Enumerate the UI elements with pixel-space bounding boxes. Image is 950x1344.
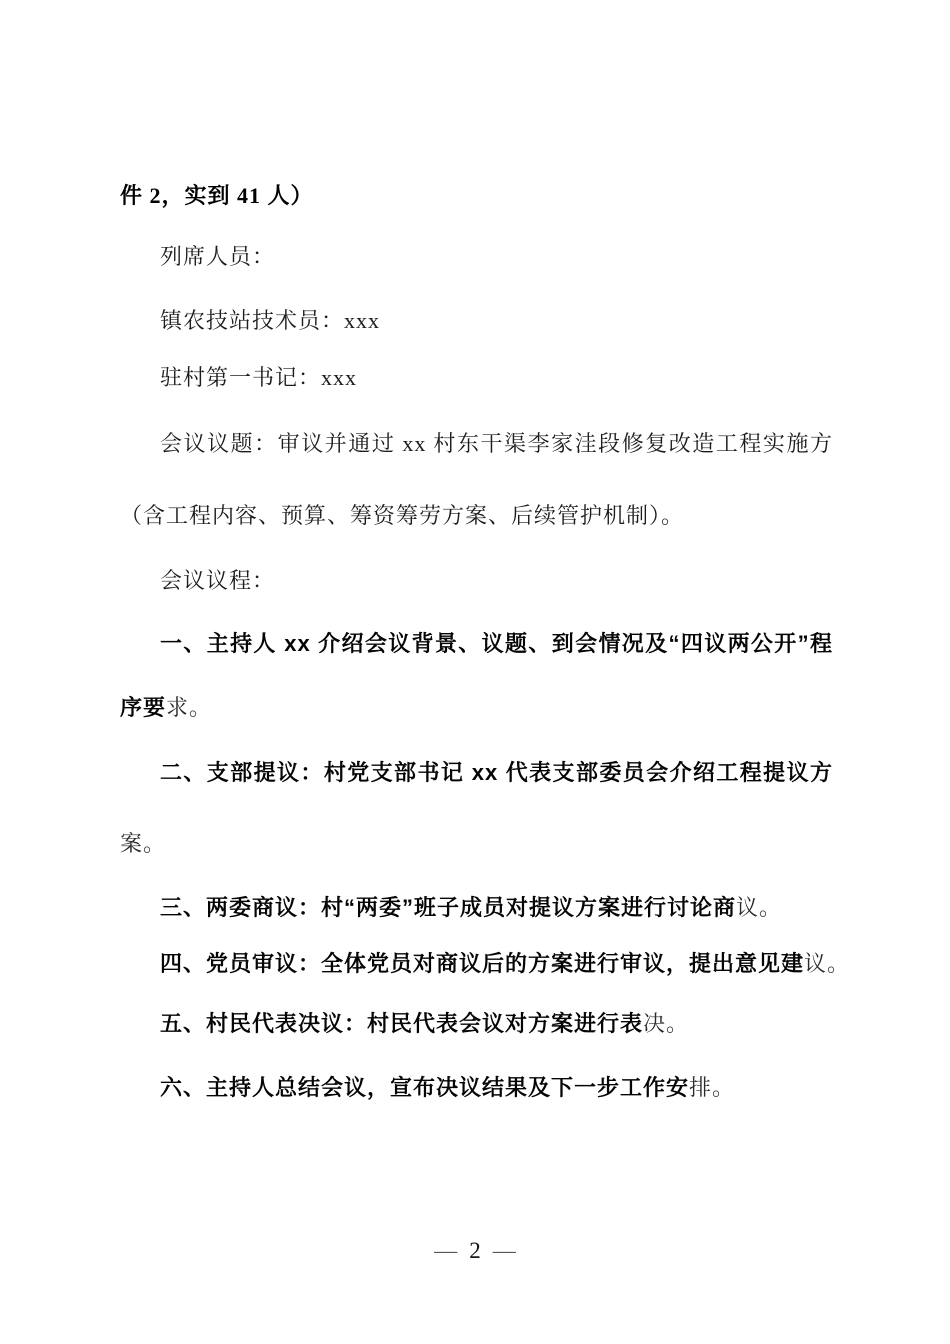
item-6-bold: 六、主持人总结会议，宣布决议结果及下一步工作安 bbox=[160, 1075, 689, 1100]
line-observers-label: 列席人员： bbox=[120, 242, 833, 274]
item-3-tail: 议。 bbox=[736, 895, 782, 920]
line-agenda-item-3: 三、两委商议：村“两委”班子成员对提议方案进行讨论商议。 bbox=[120, 893, 833, 925]
line-agenda-item-1: 一、主持人 xx 介绍会议背景、议题、到会情况及“四议两公开”程 bbox=[120, 629, 833, 661]
line-meeting-topic-continuation: （含工程内容、预算、筹资筹劳方案、后续管护机制）。 bbox=[120, 501, 833, 533]
item-4-bold: 四、党员审议：全体党员对商议后的方案进行审议，提出意见建 bbox=[160, 951, 804, 976]
line-agenda-item-6: 六、主持人总结会议，宣布决议结果及下一步工作安排。 bbox=[120, 1073, 833, 1105]
item-1-continuation-bold: 序要 bbox=[120, 695, 166, 720]
item-5-bold: 五、村民代表决议：村民代表会议对方案进行表 bbox=[160, 1011, 643, 1036]
line-agenda-label: 会议议程： bbox=[120, 566, 833, 598]
item-6-tail: 排。 bbox=[689, 1075, 735, 1100]
line-agenda-item-5: 五、村民代表决议：村民代表会议对方案进行表决。 bbox=[120, 1009, 833, 1041]
line-attachment-tail: 件 2，实到 41 人） bbox=[120, 181, 833, 213]
item-3-bold: 三、两委商议：村“两委”班子成员对提议方案进行讨论商 bbox=[160, 895, 736, 920]
footer-left-dash: — bbox=[434, 1238, 457, 1263]
line-technician: 镇农技站技术员：xxx bbox=[120, 306, 833, 338]
document-page: 件 2，实到 41 人） 列席人员： 镇农技站技术员：xxx 驻村第一书记：xx… bbox=[0, 0, 950, 1344]
line-agenda-item-4: 四、党员审议：全体党员对商议后的方案进行审议，提出意见建议。 bbox=[120, 949, 833, 981]
item-4-tail: 议。 bbox=[804, 951, 850, 976]
line-first-secretary: 驻村第一书记：xxx bbox=[120, 363, 833, 395]
item-1-continuation-tail: 求。 bbox=[166, 695, 212, 720]
line-agenda-item-2-continuation: 案。 bbox=[120, 829, 833, 861]
footer-right-dash: — bbox=[493, 1238, 516, 1263]
line-agenda-item-2: 二、支部提议：村党支部书记 xx 代表支部委员会介绍工程提议方 bbox=[120, 758, 833, 790]
page-number: 2 bbox=[469, 1236, 481, 1266]
item-5-tail: 决。 bbox=[643, 1011, 689, 1036]
line-agenda-item-1-continuation: 序要求。 bbox=[120, 693, 833, 725]
page-footer: —2— bbox=[0, 1236, 950, 1266]
line-meeting-topic: 会议议题：审议并通过 xx 村东干渠李家洼段修复改造工程实施方案 bbox=[120, 429, 833, 461]
